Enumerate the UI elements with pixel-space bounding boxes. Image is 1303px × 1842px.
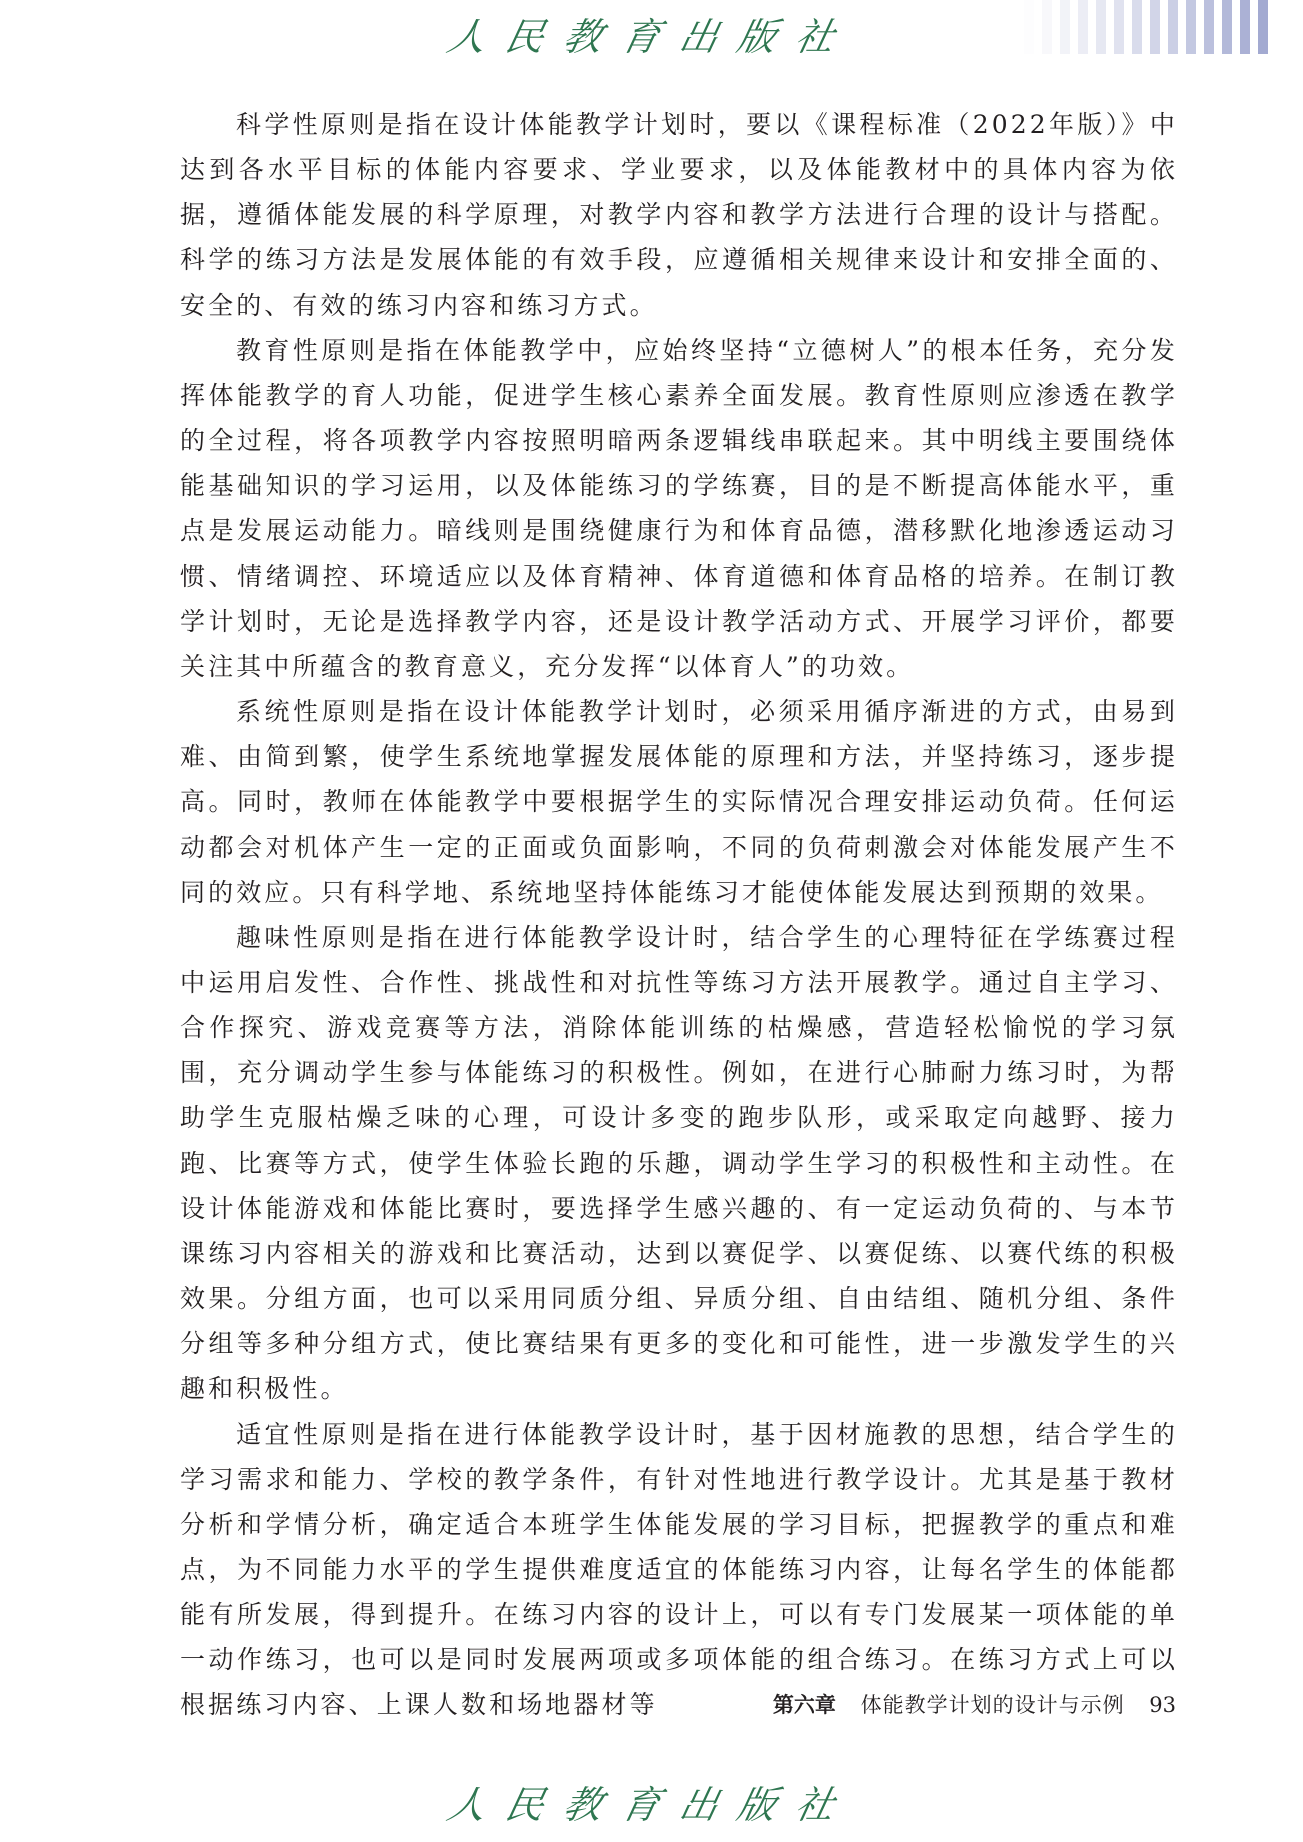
paragraph-suitability-principle: 适宜性原则是指在进行体能教学设计时，基于因材施教的思想，结合学生的学习需求和能力…	[180, 1412, 1178, 1728]
stripe	[1258, 0, 1268, 54]
running-footer: 第六章 体能教学计划的设计与示例 93	[773, 1690, 1176, 1720]
stripe	[1168, 0, 1178, 54]
publisher-logo-footer: 人民教育出版社	[0, 1780, 1303, 1830]
page-body: 科学性原则是指在设计体能教学计划时，要以《课程标准（2022年版）》中达到各水平…	[180, 102, 1178, 1728]
stripe	[1114, 0, 1124, 54]
publisher-logo-text: 人民教育出版社	[443, 1780, 860, 1830]
stripe	[1186, 0, 1196, 54]
paragraph-interest-principle: 趣味性原则是指在进行体能教学设计时，结合学生的心理特征在学练赛过程中运用启发性、…	[180, 915, 1178, 1412]
chapter-title: 体能教学计划的设计与示例	[861, 1693, 1125, 1717]
stripe	[1240, 0, 1250, 54]
stripe	[1222, 0, 1232, 54]
stripe	[1204, 0, 1214, 54]
stripe	[1150, 0, 1160, 54]
stripe	[1060, 0, 1070, 54]
stripe	[1096, 0, 1106, 54]
stripe	[1024, 0, 1034, 54]
stripe	[1132, 0, 1142, 54]
stripe	[1078, 0, 1088, 54]
publisher-logo-text: 人民教育出版社	[443, 12, 860, 62]
paragraph-scientific-principle: 科学性原则是指在设计体能教学计划时，要以《课程标准（2022年版）》中达到各水平…	[180, 102, 1178, 328]
page-number: 93	[1149, 1693, 1176, 1717]
paragraph-educational-principle: 教育性原则是指在体能教学中，应始终坚持“立德树人”的根本任务，充分发挥体能教学的…	[180, 328, 1178, 689]
chapter-number: 第六章	[773, 1692, 836, 1717]
header-decorative-stripes	[1024, 0, 1303, 54]
paragraph-systematic-principle: 系统性原则是指在设计体能教学计划时，必须采用循序渐进的方式，由易到难、由简到繁，…	[180, 689, 1178, 915]
stripe	[1042, 0, 1052, 54]
